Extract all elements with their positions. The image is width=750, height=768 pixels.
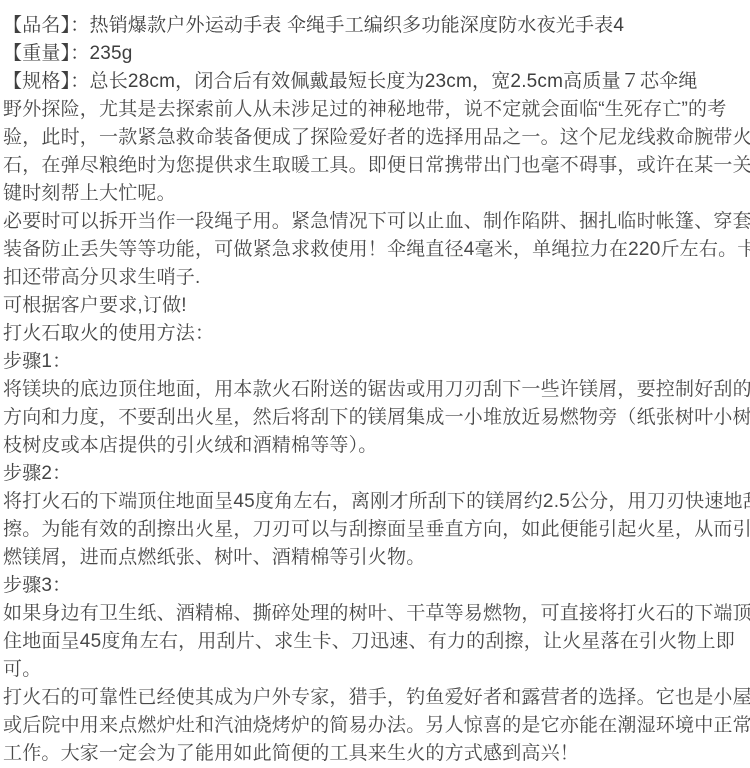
closing-text-line: 工作。大家一定会为了能用如此简便的工具来生火的方式感到高兴！ xyxy=(3,740,750,768)
product-weight-line: 【重量】：235g xyxy=(3,40,750,68)
body-text-line: 石，在弹尽粮绝时为您提供求生取暖工具。即便日常携带出门也毫不碍事，或许在某一关 xyxy=(3,152,750,180)
product-description-document: 【品名】：热销爆款户外运动手表 伞绳手工编织多功能深度防水夜光手表4 【重量】：… xyxy=(0,0,750,768)
step-2-text-line: 将打火石的下端顶住地面呈45度角左右，离刚才所刮下的镁屑约2.5公分，用刀刃快速… xyxy=(3,488,750,516)
product-name-line: 【品名】：热销爆款户外运动手表 伞绳手工编织多功能深度防水夜光手表4 xyxy=(3,12,750,40)
usage-method-title: 打火石取火的使用方法： xyxy=(3,320,750,348)
step-1-text-line: 将镁块的底边顶住地面，用本款火石附送的锯齿或用刀刃刮下一些许镁屑，要控制好刮的 xyxy=(3,376,750,404)
body-text-line: 扣还带高分贝求生哨子. xyxy=(3,264,750,292)
step-1-text-line: 方向和力度，不要刮出火星，然后将刮下的镁屑集成一小堆放近易燃物旁（纸张树叶小树 xyxy=(3,404,750,432)
body-text-line: 验，此时，一款紧急救命装备便成了探险爱好者的选择用品之一。这个尼龙线救命腕带火 xyxy=(3,124,750,152)
step-3-heading: 步骤3： xyxy=(3,572,750,600)
body-text-line: 必要时可以拆开当作一段绳子用。紧急情况下可以止血、制作陷阱、捆扎临时帐篷、穿套 xyxy=(3,208,750,236)
step-3-text-line: 如果身边有卫生纸、酒精棉、撕碎处理的树叶、干草等易燃物，可直接将打火石的下端顶 xyxy=(3,600,750,628)
step-3-text-line: 可。 xyxy=(3,656,750,684)
product-spec-line: 【规格】：总长28cm，闭合后有效佩戴最短长度为23cm，宽2.5cm高质量７芯… xyxy=(3,68,750,96)
step-2-heading: 步骤2： xyxy=(3,460,750,488)
custom-order-line: 可根据客户要求,订做! xyxy=(3,292,750,320)
step-3-text-line: 住地面呈45度角左右，用刮片、求生卡、刀迅速、有力的刮擦，让火星落在引火物上即 xyxy=(3,628,750,656)
body-text-line: 野外探险，尤其是去探索前人从未涉足过的神秘地带，说不定就会面临“生死存亡”的考 xyxy=(3,96,750,124)
step-1-text-line: 枝树皮或本店提供的引火绒和酒精棉等等）。 xyxy=(3,432,750,460)
step-1-heading: 步骤1： xyxy=(3,348,750,376)
closing-text-line: 或后院中用来点燃炉灶和汽油烧烤炉的简易办法。另人惊喜的是它亦能在潮湿环境中正常 xyxy=(3,712,750,740)
step-2-text-line: 擦。为能有效的刮擦出火星，刀刃可以与刮擦面呈垂直方向，如此便能引起火星，从而引 xyxy=(3,516,750,544)
step-2-text-line: 燃镁屑，进而点燃纸张、树叶、酒精棉等引火物。 xyxy=(3,544,750,572)
body-text-line: 装备防止丢失等等功能，可做紧急求救使用！伞绳直径4毫米，单绳拉力在220斤左右。… xyxy=(3,236,750,264)
closing-text-line: 打火石的可靠性已经使其成为户外专家，猎手，钓鱼爱好者和露营者的选择。它也是小屋 xyxy=(3,684,750,712)
body-text-line: 键时刻帮上大忙呢。 xyxy=(3,180,750,208)
